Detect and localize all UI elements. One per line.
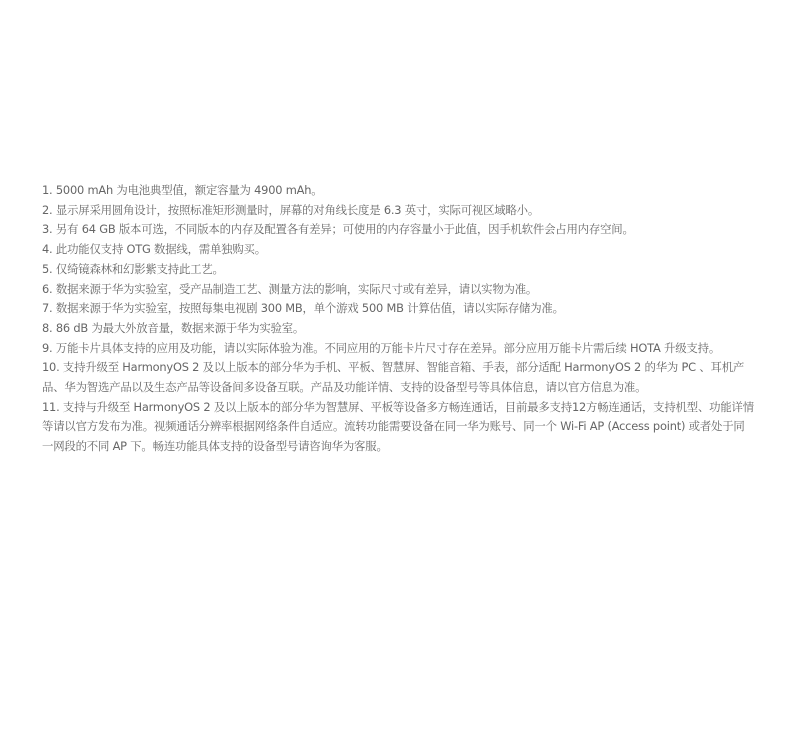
footnote-item: 5. 仅绮镜森林和幻影紫支持此工艺。 [42, 260, 754, 280]
footnote-item: 6. 数据来源于华为实验室，受产品制造工艺、测量方法的影响，实际尺寸或有差异，请… [42, 280, 754, 300]
footnotes-list: 1. 5000 mAh 为电池典型值，额定容量为 4900 mAh。 2. 显示… [42, 181, 754, 457]
footnote-item: 4. 此功能仅支持 OTG 数据线，需单独购买。 [42, 240, 754, 260]
footnote-item: 11. 支持与升级至 HarmonyOS 2 及以上版本的部分华为智慧屏、平板等… [42, 398, 754, 457]
footnote-item: 7. 数据来源于华为实验室，按照每集电视剧 300 MB，单个游戏 500 MB… [42, 299, 754, 319]
footnote-item: 9. 万能卡片具体支持的应用及功能，请以实际体验为准。不同应用的万能卡片尺寸存在… [42, 339, 754, 359]
footnote-item: 8. 86 dB 为最大外放音量，数据来源于华为实验室。 [42, 319, 754, 339]
footnote-item: 10. 支持升级至 HarmonyOS 2 及以上版本的部分华为手机、平板、智慧… [42, 358, 754, 397]
footnote-item: 2. 显示屏采用圆角设计，按照标准矩形测量时，屏幕的对角线长度是 6.3 英寸，… [42, 201, 754, 221]
footnote-item: 1. 5000 mAh 为电池典型值，额定容量为 4900 mAh。 [42, 181, 754, 201]
footnote-item: 3. 另有 64 GB 版本可选，不同版本的内存及配置各有差异；可使用的内存容量… [42, 220, 754, 240]
